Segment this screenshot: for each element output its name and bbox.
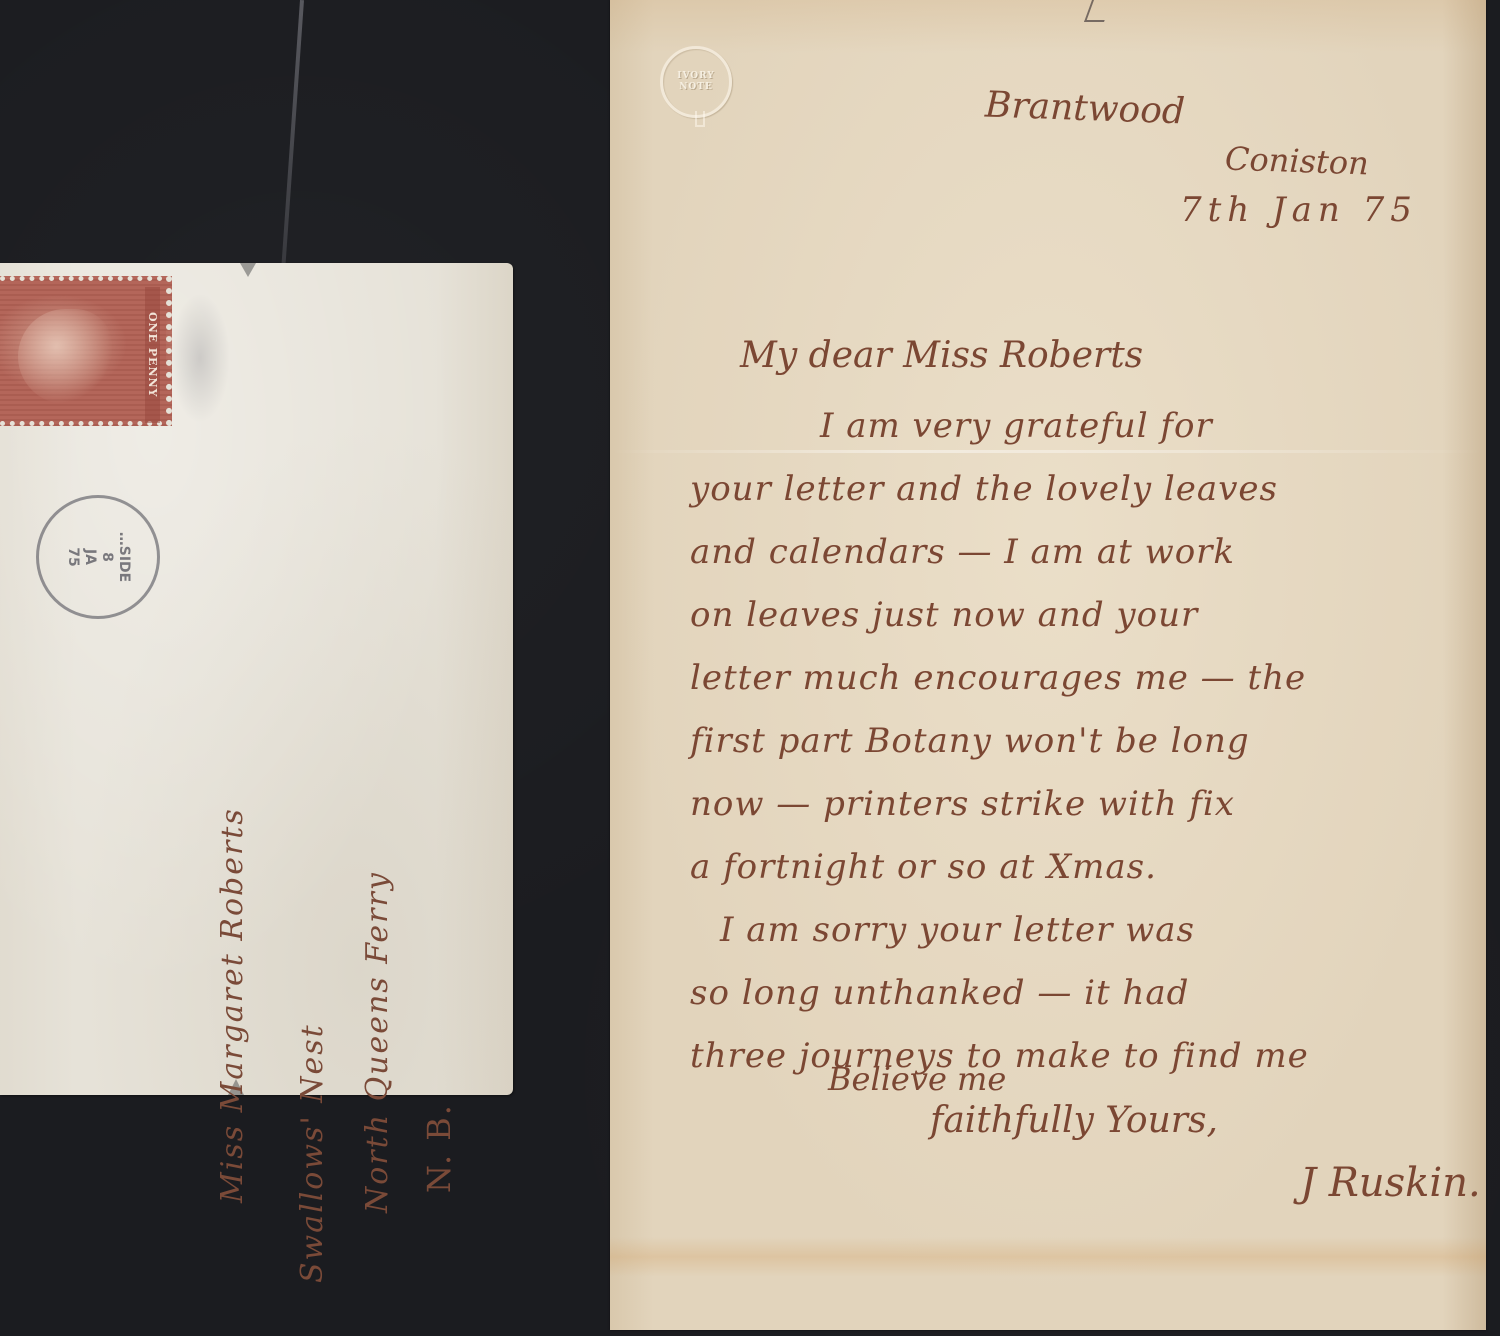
body-line: three journeys to make to find me: [690, 1025, 1450, 1088]
body-line: I am very grateful for: [690, 395, 1450, 458]
postmark-year: 75: [64, 547, 81, 566]
body-line: a fortnight or so at Xmas.: [690, 836, 1450, 899]
body-line: I am sorry your letter was: [690, 899, 1450, 962]
address-recipient: Miss Margaret Roberts: [215, 483, 250, 1203]
closing-faithfully-yours: faithfully Yours,: [930, 1100, 1218, 1141]
pencil-tick-mark: [1084, 0, 1112, 22]
postage-stamp: ONE PENNY: [0, 276, 172, 426]
body-line: first part Botany won't be long: [690, 710, 1450, 773]
address-house: Swallows' Nest: [295, 563, 330, 1283]
body-line: your letter and the lovely leaves: [690, 458, 1450, 521]
emboss-line-1: IVORY: [677, 71, 715, 82]
body-line: so long unthanked — it had: [690, 962, 1450, 1025]
body-line: on leaves just now and your: [690, 584, 1450, 647]
postmark-day: 8: [98, 552, 115, 562]
address-town: North Queens Ferry: [360, 493, 395, 1213]
address-region: N. B.: [420, 473, 458, 1193]
body-line: and calendars — I am at work: [690, 521, 1450, 584]
body-line: letter much encourages me — the: [690, 647, 1450, 710]
heading-place-coniston: Coniston: [1224, 140, 1369, 183]
body-line: now — printers strike with fix: [690, 773, 1450, 836]
queen-profile-icon: [18, 309, 113, 404]
letter-body: I am very grateful for your letter and t…: [690, 395, 1450, 1088]
fold-notch-icon: [240, 263, 256, 277]
postmark-place: …SIDE: [115, 532, 132, 582]
envelope-address: Miss Margaret Roberts Swallows' Nest Nor…: [215, 333, 445, 1053]
letter-page: IVORY NOTE Brantwood Coniston 7th Jan 75…: [610, 0, 1486, 1330]
postmark-month: JA: [81, 549, 98, 565]
closing-believe-me: Believe me: [828, 1060, 1006, 1098]
heading-place-brantwood: Brantwood: [984, 85, 1185, 133]
salutation: My dear Miss Roberts: [740, 335, 1143, 376]
ivory-note-emboss-icon: IVORY NOTE: [660, 46, 732, 118]
signature: J Ruskin.: [1300, 1160, 1481, 1206]
emboss-line-2: NOTE: [679, 82, 713, 93]
postmark: …SIDE 8 JA 75: [36, 495, 160, 619]
heading-date: 7th Jan 75: [1180, 190, 1418, 230]
stamp-denomination: ONE PENNY: [145, 287, 160, 423]
envelope: ONE PENNY …SIDE 8 JA 75 Miss Margaret Ro…: [0, 263, 513, 1095]
